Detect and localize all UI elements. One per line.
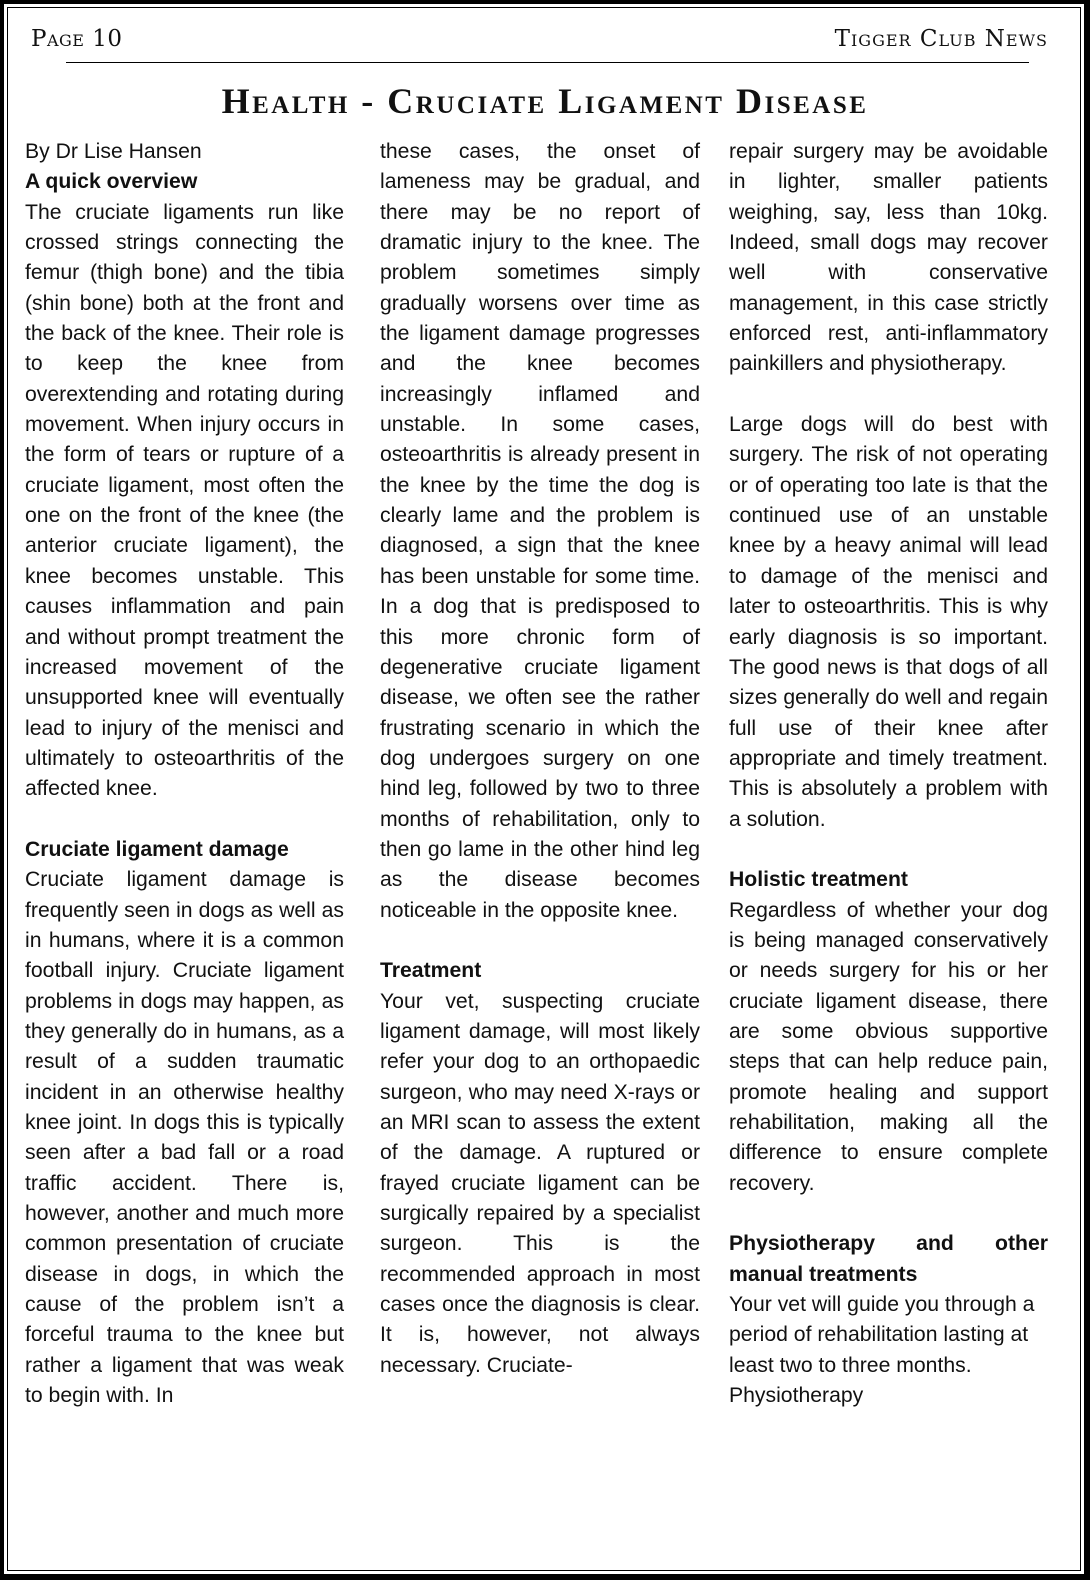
spacer (729, 1199, 1048, 1229)
section-heading-damage: Cruciate ligament damage (25, 835, 344, 865)
paragraph-treatment-part-1: Your vet, suspecting cruciate ligament d… (380, 987, 700, 1381)
paragraph-damage-part-1: Cruciate ligament damage is frequently s… (25, 865, 344, 1411)
spacer (729, 835, 1048, 865)
section-heading-holistic: Holistic treatment (729, 865, 1048, 895)
paragraph-physiotherapy: Your vet will guide you through a period… (729, 1290, 1048, 1411)
paragraph-treatment-part-2: repair surgery may be avoidable in light… (729, 137, 1048, 380)
spacer (729, 380, 1048, 410)
article-column-1: By Dr Lise Hansen A quick overview The c… (25, 137, 344, 1411)
spacer (25, 805, 344, 835)
byline: By Dr Lise Hansen (25, 137, 344, 167)
spacer (380, 926, 700, 956)
article-column-2: these cases, the onset of lameness may b… (380, 137, 700, 1381)
publication-name: Tigger Club News (835, 26, 1048, 52)
header-divider (66, 62, 1029, 63)
section-heading-physiotherapy: Physiotherapy and other manual treatment… (729, 1229, 1048, 1290)
paragraph-holistic: Regardless of whether your dog is being … (729, 896, 1048, 1199)
page-number: Page 10 (31, 26, 123, 52)
paragraph-damage-part-2: these cases, the onset of lameness may b… (380, 137, 700, 926)
section-heading-treatment: Treatment (380, 956, 700, 986)
paragraph-treatment-large-dogs: Large dogs will do best with surgery. Th… (729, 410, 1048, 835)
article-title: Health - Cruciate Ligament Disease (0, 80, 1090, 122)
paragraph-overview: The cruciate ligaments run like crossed … (25, 198, 344, 805)
section-heading-overview: A quick overview (25, 167, 344, 197)
article-column-3: repair surgery may be avoidable in light… (729, 137, 1048, 1411)
